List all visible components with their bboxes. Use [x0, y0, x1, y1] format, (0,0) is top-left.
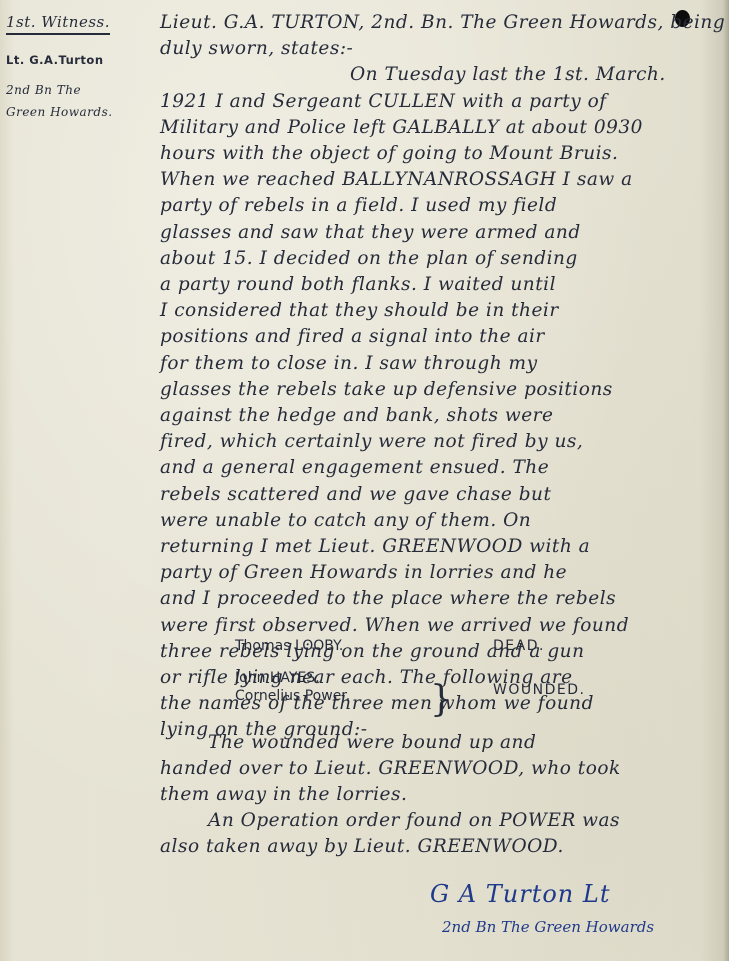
casualty-name: Cornelius Power.	[235, 688, 350, 704]
casualty-name: John HAYES.	[235, 670, 320, 686]
witness-unit-line-1: 2nd Bn The	[6, 79, 146, 101]
statement-line: against the hedge and bank, shots were	[160, 403, 718, 429]
statement-line: hours with the object of going to Mount …	[160, 141, 718, 167]
statement-line: Lieut. G.A. TURTON, 2nd. Bn. The Green H…	[160, 10, 718, 36]
statement-line: and a general engagement ensued. The	[160, 455, 718, 481]
statement-line: for them to close in. I saw through my	[160, 351, 718, 377]
closing-line: also taken away by Lieut. GREENWOOD.	[160, 834, 718, 860]
casualty-status: WOUNDED.	[493, 682, 585, 698]
margin-notes: 1st. Witness. Lt. G.A.Turton 2nd Bn The …	[6, 12, 146, 123]
closing-paragraphs: The wounded were bound up and handed ove…	[160, 730, 718, 860]
statement-line: glasses and saw that they were armed and	[160, 220, 718, 246]
closing-line: An Operation order found on POWER was	[160, 808, 718, 834]
statement-line: rebels scattered and we gave chase but	[160, 482, 718, 508]
statement-line: party of rebels in a field. I used my fi…	[160, 193, 718, 219]
witness-name: Lt. G.A.Turton	[6, 49, 146, 71]
statement-line: and I proceeded to the place where the r…	[160, 586, 718, 612]
casualty-list: Thomas LOOBY. DEAD. John HAYES. Corneliu…	[235, 638, 655, 710]
statement-line: On Tuesday last the 1st. March.	[160, 62, 718, 88]
statement-line: duly sworn, states:-	[160, 36, 718, 62]
signature-block: G A Turton Lt 2nd Bn The Green Howards	[430, 880, 654, 936]
witness-label: 1st. Witness.	[6, 13, 110, 35]
page-edge-shadow	[723, 0, 729, 961]
signature-name: G A Turton Lt	[430, 880, 654, 908]
statement-line: fired, which certainly were not fired by…	[160, 429, 718, 455]
document-page: 1st. Witness. Lt. G.A.Turton 2nd Bn The …	[0, 0, 729, 961]
statement-body: Lieut. G.A. TURTON, 2nd. Bn. The Green H…	[160, 10, 718, 744]
statement-line: party of Green Howards in lorries and he	[160, 560, 718, 586]
statement-line: 1921 I and Sergeant CULLEN with a party …	[160, 89, 718, 115]
grouping-brace: }	[430, 682, 453, 718]
signature-unit: 2nd Bn The Green Howards	[430, 918, 654, 936]
statement-line: Military and Police left GALBALLY at abo…	[160, 115, 718, 141]
statement-line: returning I met Lieut. GREENWOOD with a	[160, 534, 718, 560]
statement-line: glasses the rebels take up defensive pos…	[160, 377, 718, 403]
casualty-row: Thomas LOOBY. DEAD.	[235, 638, 655, 660]
statement-line: positions and fired a signal into the ai…	[160, 324, 718, 350]
statement-line: When we reached BALLYNANROSSAGH I saw a	[160, 167, 718, 193]
statement-line: were unable to catch any of them. On	[160, 508, 718, 534]
casualty-status: DEAD.	[493, 638, 545, 654]
closing-line: them away in the lorries.	[160, 782, 718, 808]
statement-line: I considered that they should be in thei…	[160, 298, 718, 324]
statement-line: a party round both flanks. I waited unti…	[160, 272, 718, 298]
statement-line: about 15. I decided on the plan of sendi…	[160, 246, 718, 272]
statement-line: were first observed. When we arrived we …	[160, 613, 718, 639]
casualty-name: Thomas LOOBY.	[235, 638, 343, 654]
closing-line: The wounded were bound up and	[160, 730, 718, 756]
closing-line: handed over to Lieut. GREENWOOD, who too…	[160, 756, 718, 782]
witness-unit-line-2: Green Howards.	[6, 101, 146, 123]
